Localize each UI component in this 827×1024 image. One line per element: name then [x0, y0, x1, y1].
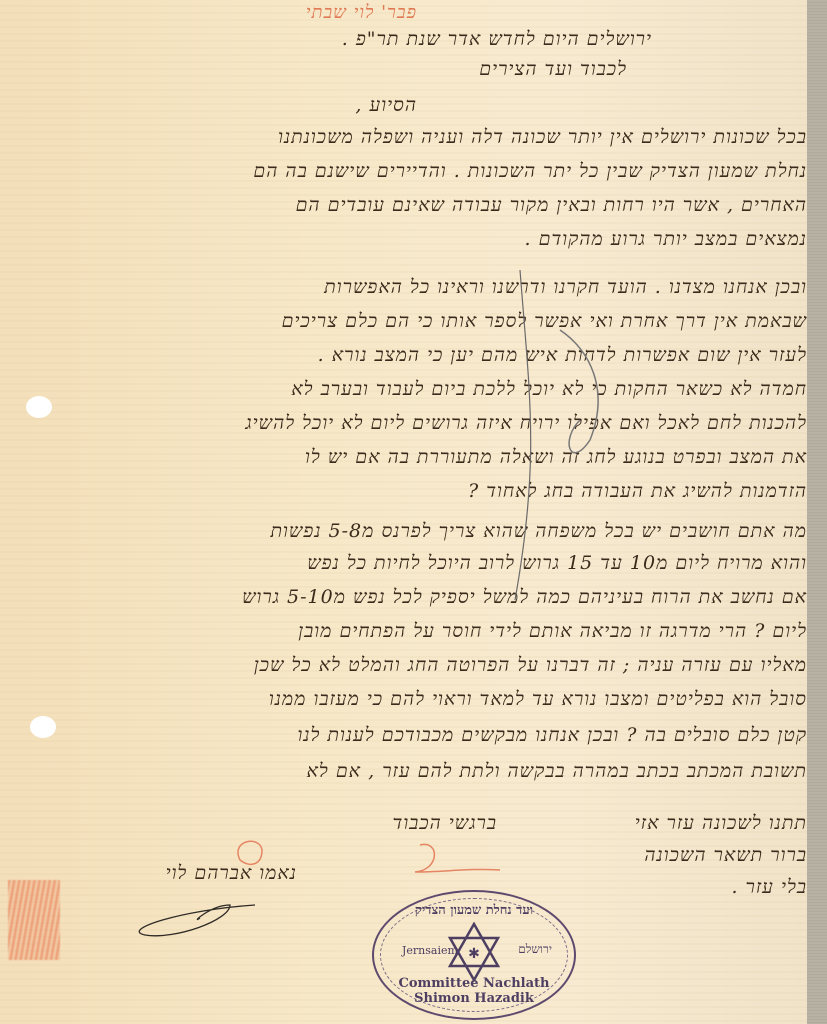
- red-pencil-mark: [415, 844, 500, 872]
- star-of-david-icon: ✱: [446, 922, 502, 982]
- red-pencil-mark: [238, 841, 262, 864]
- stamp-top-text: ועד נחלת שמעון הצדיק: [374, 902, 574, 918]
- stamp-right-text: ירושלם: [518, 942, 552, 957]
- organization-stamp: ועד נחלת שמעון הצדיק Jernsaiem ירושלם ✱ …: [372, 890, 576, 1020]
- stamp-bottom-text: Committeé Nachlath Shimon Hazadik: [374, 976, 574, 1006]
- pencil-stroke: [515, 270, 531, 600]
- signature-flourish: [139, 905, 255, 936]
- punch-hole: [30, 716, 56, 738]
- pencil-annotations: [0, 0, 827, 1024]
- svg-text:✱: ✱: [468, 946, 480, 962]
- red-crayon-smudge: [8, 880, 60, 960]
- punch-hole: [26, 396, 52, 418]
- pencil-scribble: [560, 330, 598, 453]
